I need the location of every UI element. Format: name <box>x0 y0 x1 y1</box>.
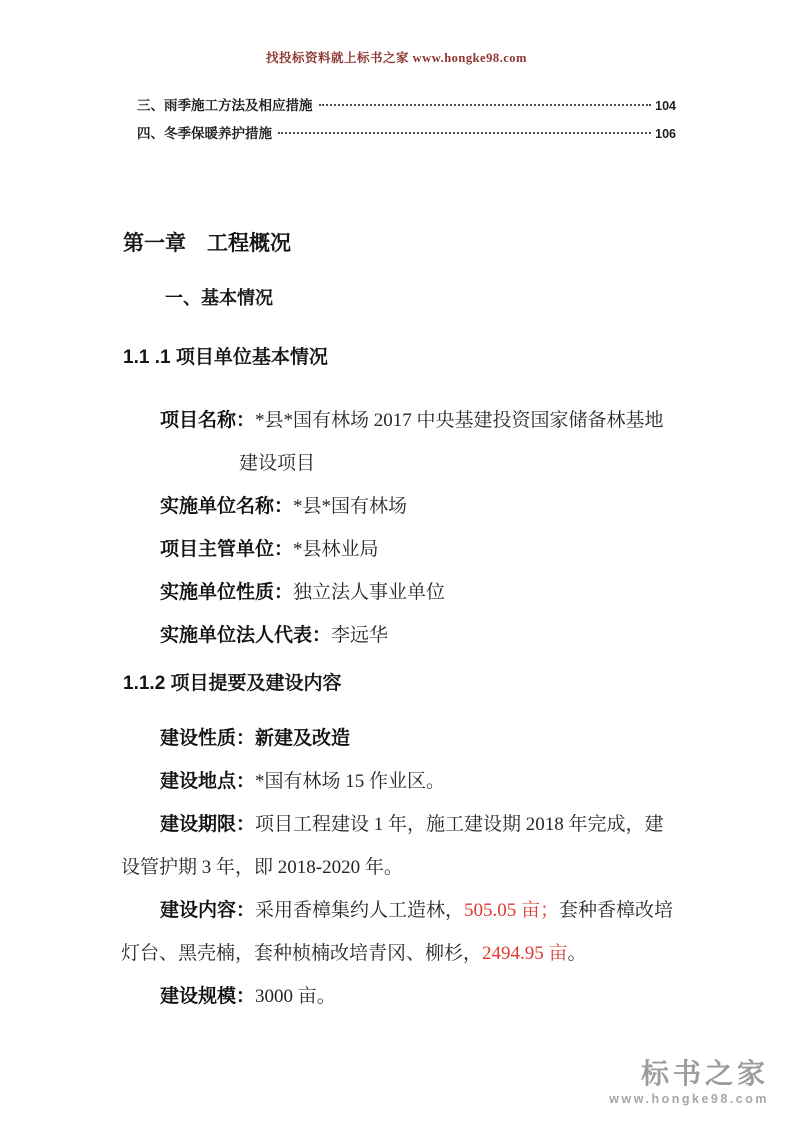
header-watermark-text: 找投标资料就上标书之家 www.hongke98.com <box>266 51 527 65</box>
field-value: 独立法人事业单位 <box>293 582 445 603</box>
field-value: 李远华 <box>331 625 388 646</box>
summary-block: 建设性质：新建及改造 建设地点：*国有林场 15 作业区。 建设期限：项目工程建… <box>121 717 676 1018</box>
footer-watermark: 标书之家 www.hongke98.com <box>609 1058 769 1108</box>
field-label: 建设地点： <box>160 771 255 792</box>
field-label: 建设内容： <box>160 900 255 921</box>
toc-section: 三、雨季施工方法及相应措施 104 四、冬季保暖养护措施 106 <box>121 92 676 148</box>
toc-page-number: 104 <box>655 92 676 120</box>
field-label: 实施单位性质： <box>160 582 293 603</box>
chapter-title: 第一章 工程概况 <box>121 230 676 258</box>
toc-dot-leader <box>319 104 652 106</box>
toc-entry-label: 三、雨季施工方法及相应措施 <box>137 92 313 120</box>
field-value: 新建及改造 <box>255 728 350 749</box>
document-content: 三、雨季施工方法及相应措施 104 四、冬季保暖养护措施 106 第一章 工程概… <box>0 92 793 1018</box>
highlighted-area-value: 2494.95 亩 <box>482 943 568 964</box>
toc-dot-leader <box>278 132 651 134</box>
toc-entry-rainy-season[interactable]: 三、雨季施工方法及相应措施 104 <box>121 92 676 120</box>
paragraph-construction-location: 建设地点：*国有林场 15 作业区。 <box>121 760 676 803</box>
field-value: *国有林场 15 作业区。 <box>255 771 445 792</box>
subsection-title-project-summary: 1.1.2 项目提要及建设内容 <box>123 671 676 697</box>
toc-entry-winter-care[interactable]: 四、冬季保暖养护措施 106 <box>121 120 676 148</box>
field-label: 实施单位法人代表： <box>160 625 331 646</box>
field-value: *县林业局 <box>293 539 379 560</box>
field-label: 项目主管单位： <box>160 539 293 560</box>
paragraph-unit-nature: 实施单位性质：独立法人事业单位 <box>121 571 676 614</box>
paragraph-implementing-unit: 实施单位名称：*县*国有林场 <box>121 485 676 528</box>
highlighted-area-value: 505.05 亩； <box>464 900 559 921</box>
page-header: 找投标资料就上标书之家 www.hongke98.com <box>0 0 793 66</box>
document-page: 找投标资料就上标书之家 www.hongke98.com 三、雨季施工方法及相应… <box>0 0 793 1122</box>
field-label: 项目名称： <box>160 410 255 431</box>
field-label: 建设性质： <box>160 728 255 749</box>
paragraph-construction-nature: 建设性质：新建及改造 <box>121 717 676 760</box>
toc-entry-label: 四、冬季保暖养护措施 <box>137 120 272 148</box>
section-title-basic-situation: 一、基本情况 <box>121 286 676 311</box>
footer-url-link[interactable]: www.hongke98.com <box>609 1090 769 1108</box>
paragraph-construction-period: 建设期限：项目工程建设 1 年，施工建设期 2018 年完成，建设管护期 3 年… <box>121 803 676 889</box>
field-value: 3000 亩。 <box>255 986 336 1007</box>
field-value: *县*国有林场 <box>293 496 407 517</box>
footer-brand-logo: 标书之家 <box>609 1058 769 1090</box>
field-value-segment: 。 <box>568 943 587 964</box>
paragraph-project-name: 项目名称：*县*国有林场 2017 中央基建投资国家储备林基地建设项目 <box>121 399 676 485</box>
field-label: 建设规模： <box>160 986 255 1007</box>
paragraph-construction-content: 建设内容：采用香樟集约人工造林，505.05 亩；套种香樟改培灯台、黑壳楠，套种… <box>121 889 676 975</box>
paragraph-construction-scale: 建设规模：3000 亩。 <box>121 975 676 1018</box>
toc-page-number: 106 <box>655 120 676 148</box>
field-label: 建设期限： <box>160 814 255 835</box>
field-value-segment: 采用香樟集约人工造林， <box>255 900 464 921</box>
paragraph-legal-representative: 实施单位法人代表：李远华 <box>121 614 676 657</box>
paragraph-supervising-unit: 项目主管单位：*县林业局 <box>121 528 676 571</box>
field-value: *县*国有林场 2017 中央基建投资国家储备林基地建设项目 <box>239 410 664 474</box>
subsection-title-project-unit: 1.1 .1 项目单位基本情况 <box>123 345 676 371</box>
field-label: 实施单位名称： <box>160 496 293 517</box>
basic-info-block: 项目名称：*县*国有林场 2017 中央基建投资国家储备林基地建设项目 实施单位… <box>121 399 676 657</box>
